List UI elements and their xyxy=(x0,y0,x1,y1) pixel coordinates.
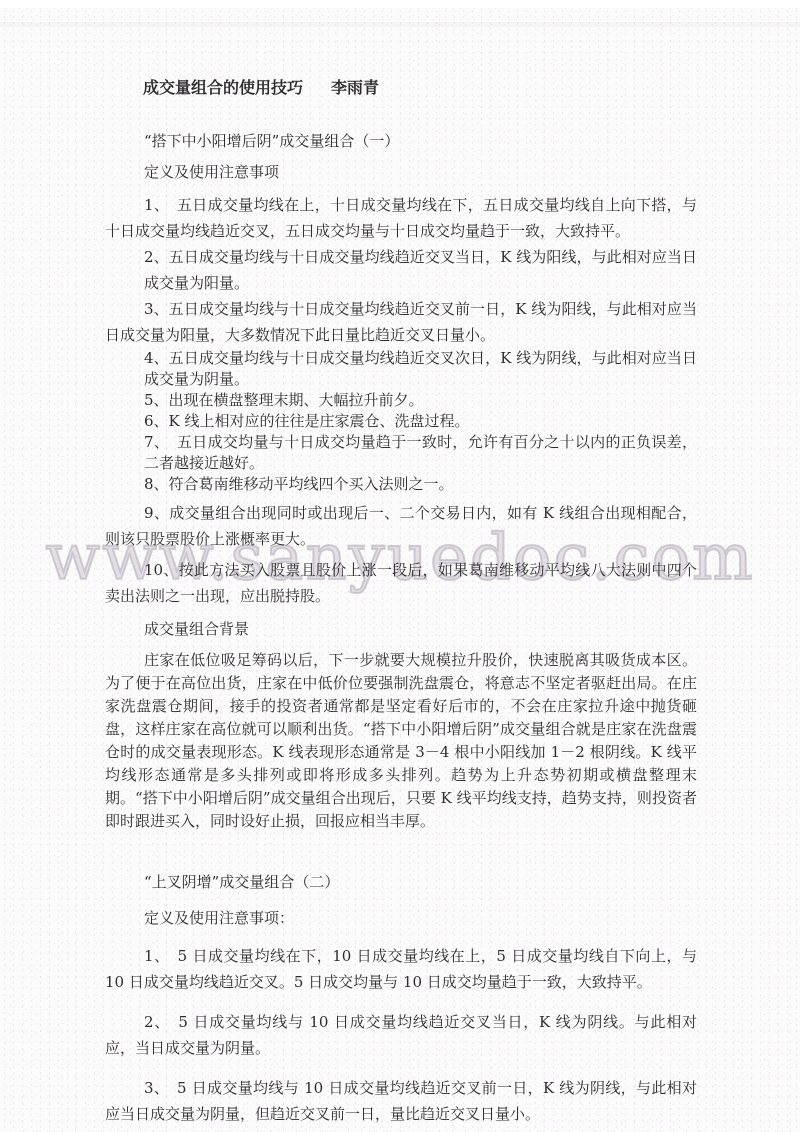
section1-item-1: 1、 五日成交量均线在上，十日成交量均线在下，五日成交量均线自上向下搭，与十日成… xyxy=(105,192,697,244)
section1-item-8: 8、符合葛南维移动平均线四个买入法则之一。 xyxy=(105,474,697,495)
section2-subheading: 定义及使用注意事项： xyxy=(105,907,697,929)
section1-item-10: 10、按此方法买入股票且股价上涨一段后，如果葛南维移动平均线八大法则中四个卖出法… xyxy=(105,557,697,609)
section1-item-7: 7、 五日成交均量与十日成交均量趋于一致时，允许有百分之十以内的正负误差，二者越… xyxy=(144,432,697,474)
section2-item-3: 3、 5 日成交量均线与 10 日成交量均线趋近交叉前一日，K 线为阴线，与此相… xyxy=(105,1075,697,1127)
section1-item-3: 3、五日成交量均线与十日成交量均线趋近交叉前一日，K 线为阳线，与此相对应当日成… xyxy=(105,296,697,348)
scanned-document-page: www.sanyuedoc.com 成交量组合的使用技巧 李雨青 “搭下中小阳增… xyxy=(0,8,800,1132)
section1-item-2: 2、五日成交量均线与十日成交量均线趋近交叉当日，K 线为阳线，与此相对应当日成交… xyxy=(144,244,697,296)
section2-item-1: 1、 5 日成交量均线在下，10 日成交量均线在上，5 日成交量均线自下向上，与… xyxy=(105,943,697,995)
section1-item-5: 5、出现在横盘整理末期、大幅拉升前夕。 xyxy=(105,390,697,411)
section1-heading: “搭下中小阳增后阴”成交量组合（一） xyxy=(105,130,697,152)
section1-subheading: 定义及使用注意事项 xyxy=(105,161,697,183)
section1-background-heading: 成交量组合背景 xyxy=(105,618,697,640)
section1-item-9: 9、成交量组合出现同时或出现后一、二个交易日内，如有 K 线组合出现相配合，则该… xyxy=(105,500,697,552)
section1-background-paragraph: 庄家在低位吸足筹码以后，下一步就要大规模拉升股价，快速脱离其吸货成本区。为了便于… xyxy=(105,649,697,833)
document-author: 李雨青 xyxy=(331,76,379,100)
section1-item-6: 6、K 线上相对应的往往是庄家震仓、洗盘过程。 xyxy=(105,411,697,432)
document-content: 成交量组合的使用技巧 李雨青 “搭下中小阳增后阴”成交量组合（一） 定义及使用注… xyxy=(0,8,800,1127)
document-title: 成交量组合的使用技巧 xyxy=(143,76,303,100)
document-title-row: 成交量组合的使用技巧 李雨青 xyxy=(105,76,697,100)
section2-item-2: 2、 5 日成交量均线与 10 日成交量均线趋近交叉当日，K 线为阴线。与此相对… xyxy=(105,1009,697,1061)
section2-heading: “上叉阴增”成交量组合（二） xyxy=(105,871,697,893)
section1-item-4: 4、五日成交量均线与十日成交量均线趋近交叉次日，K 线为阴线，与此相对应当日成交… xyxy=(144,348,697,390)
